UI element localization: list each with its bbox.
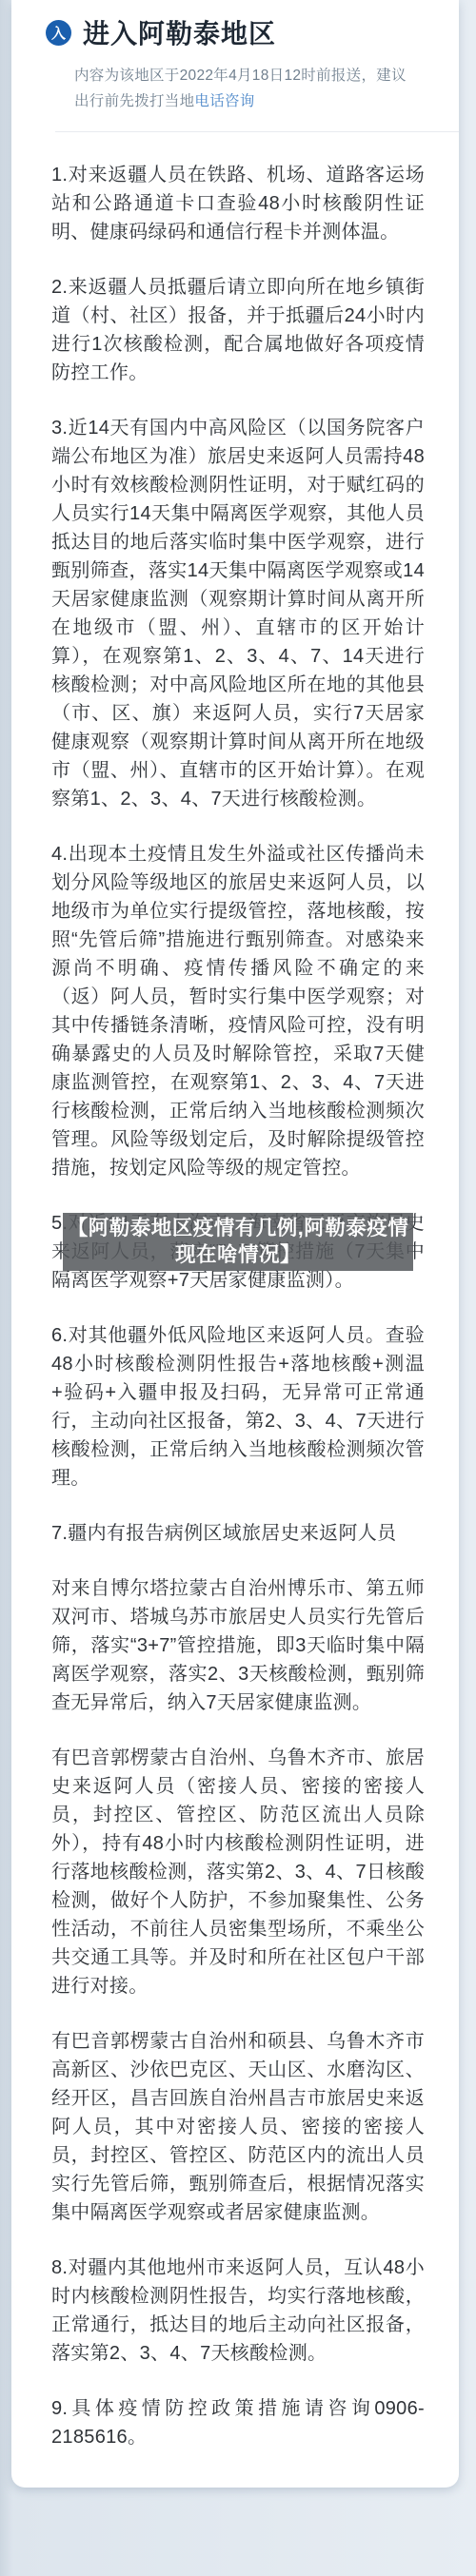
policy-paragraph-7a: 对来自博尔塔拉蒙古自治州博乐市、第五师双河市、塔城乌苏市旅居史人员实行先管后筛，…	[51, 1574, 425, 1717]
watermark-overlay: 【阿勒泰地区疫情有几例,阿勒泰疫情 现在啥情况】	[63, 1213, 413, 1271]
notice-text: 内容为该地区于2022年4月18日12时前报送，建议出行前先拨打当地电话咨询	[74, 63, 409, 114]
policy-paragraph-7: 7.疆内有报告病例区域旅居史来返阿人员	[51, 1519, 425, 1548]
card-header: 入 进入阿勒泰地区 内容为该地区于2022年4月18日12时前报送，建议出行前先…	[11, 0, 459, 114]
title-row: 入 进入阿勒泰地区	[46, 13, 426, 51]
enter-badge-icon: 入	[46, 20, 71, 46]
article-page: 入 进入阿勒泰地区 内容为该地区于2022年4月18日12时前报送，建议出行前先…	[0, 0, 476, 2576]
policy-paragraph-1: 1.对来返疆人员在铁路、机场、道路客运场站和公路通道卡口查验48小时核酸阴性证明…	[51, 161, 425, 246]
policy-card: 入 进入阿勒泰地区 内容为该地区于2022年4月18日12时前报送，建议出行前先…	[11, 0, 459, 2488]
policy-paragraph-5-wrap: 5.对近14天有上海市、海南省三亚市旅居史来返阿人员，落实“7+7”管控措施（7…	[51, 1209, 425, 1295]
policy-paragraph-6: 6.对其他疆外低风险地区来返阿人员。查验48小时核酸检测阴性报告+落地核酸+测温…	[51, 1321, 425, 1493]
policy-paragraph-4: 4.出现本土疫情且发生外溢或社区传播尚未划分风险等级地区的旅居史来返阿人员，以地…	[51, 840, 425, 1182]
policy-paragraph-2: 2.来返疆人员抵疆后请立即向所在地乡镇街道（村、社区）报备，并于抵疆后24小时内…	[51, 273, 425, 387]
policy-paragraph-3: 3.近14天有国内中高风险区（以国务院客户端公布地区为准）旅居史来返阿人员需持4…	[51, 414, 425, 813]
policy-paragraph-7b: 有巴音郭楞蒙古自治州、乌鲁木齐市、旅居史来返阿人员（密接人员、密接的密接人员，封…	[51, 1744, 425, 2000]
phone-consult-link[interactable]: 电话咨询	[194, 93, 254, 109]
policy-paragraph-8: 8.对疆内其他地州市来返阿人员，互认48小时内核酸检测阴性报告，均实行落地核酸，…	[51, 2254, 425, 2368]
page-title: 进入阿勒泰地区	[83, 13, 276, 51]
policy-content: 1.对来返疆人员在铁路、机场、道路客运场站和公路通道卡口查验48小时核酸阴性证明…	[11, 132, 459, 2455]
watermark-line-1: 【阿勒泰地区疫情有几例,阿勒泰疫情	[63, 1215, 413, 1241]
watermark-line-2: 现在啥情况】	[63, 1241, 413, 1268]
policy-paragraph-9: 9.具体疫情防控政策措施请咨询0906-2185616。	[51, 2394, 425, 2451]
policy-paragraph-7c: 有巴音郭楞蒙古自治州和硕县、乌鲁木齐市高新区、沙依巴克区、天山区、水磨沟区、经开…	[51, 2027, 425, 2227]
